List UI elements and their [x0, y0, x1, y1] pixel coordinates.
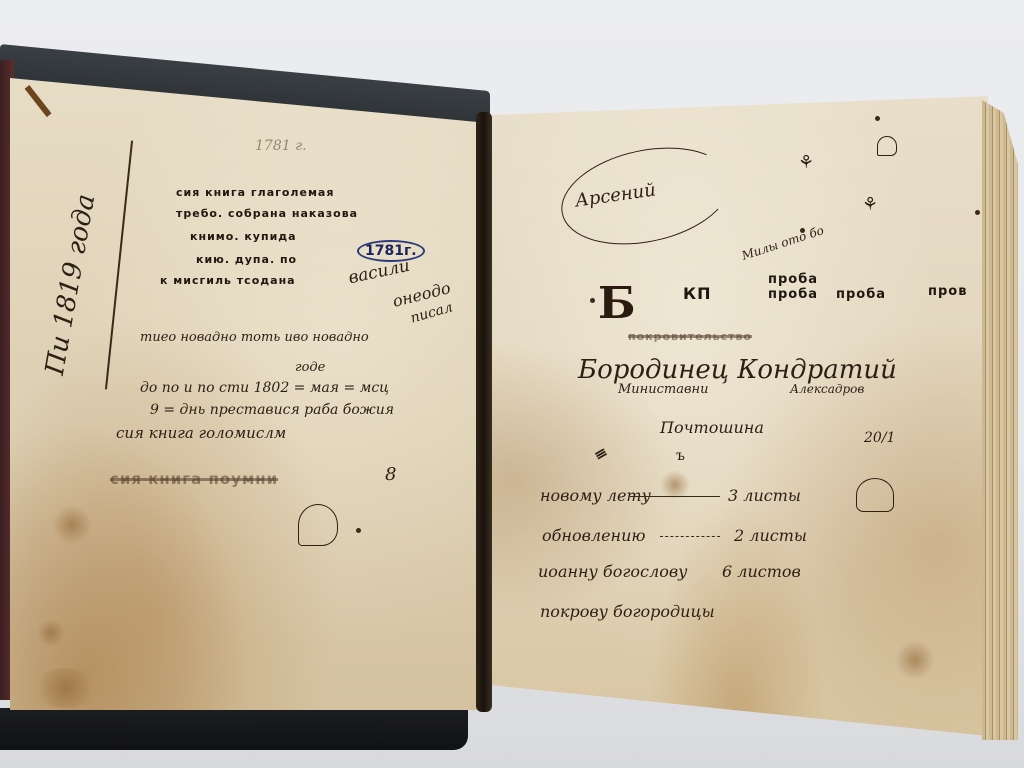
ornament-doodle: [856, 478, 894, 512]
printed-line-5: к мисгиль тсодана: [160, 274, 296, 287]
ink-spot: [975, 210, 980, 215]
corner-number: 20/1: [864, 430, 895, 446]
left-cover-bottom: [0, 708, 468, 750]
leader-line: [660, 536, 720, 538]
list-entry-3-value: 6 листов: [722, 562, 801, 581]
print-trial-1: проба: [768, 272, 818, 287]
head-profile-doodle: [298, 504, 338, 546]
ink-spot: [356, 528, 361, 533]
print-trial-3: проба: [836, 287, 886, 302]
calligraphy-signature: Почтошина: [660, 418, 764, 437]
book-spine: [476, 112, 492, 712]
page-edges: [982, 100, 1018, 740]
ink-spot: [590, 298, 595, 303]
list-entry-3-label: иоанну богослову: [538, 562, 687, 581]
handwritten-line-4: 9 = днь преставися раба божия: [150, 402, 394, 418]
head-profile-doodle: [877, 136, 897, 156]
calligraphy-name: Бородинец Кондратий: [578, 355, 897, 385]
calligraphy-sub-1: Министавни: [618, 382, 708, 397]
date-stamp: 1781г.: [357, 240, 425, 259]
printed-line-2: требо. собрана наказова: [176, 207, 358, 220]
handwritten-line-2: годе: [295, 360, 325, 375]
print-trial-4: пров: [928, 284, 967, 299]
list-entry-4-label: покрову богородицы: [540, 602, 715, 621]
list-entry-2-value: 2 листы: [734, 526, 807, 545]
ornament-glyph: ⚘: [862, 194, 878, 215]
list-entry-2-label: обновлению: [542, 526, 645, 545]
list-entry-1-value: 3 листы: [728, 486, 801, 505]
handwritten-line-3: до по и по сти 1802 = мая = мсц: [140, 380, 389, 396]
faded-strike-line: покровительство: [628, 330, 752, 343]
ink-spot: [875, 116, 880, 121]
faded-print-line: сия книга поумни: [110, 470, 278, 488]
printed-line-3: книмо. купида: [190, 230, 297, 243]
page-number: 8: [385, 464, 396, 485]
print-trial-2: проба: [768, 287, 818, 302]
faded-date-note: 1781 г.: [255, 138, 307, 154]
leader-line: [630, 496, 720, 497]
stain: [36, 620, 66, 646]
initial-letter: Б: [598, 278, 636, 329]
letter-mark: ъ: [676, 448, 685, 464]
stain: [52, 505, 92, 545]
stain: [30, 668, 100, 708]
handwritten-line-5: сия книга голомислм: [116, 424, 286, 442]
ornament-glyph: ⚘: [798, 152, 814, 173]
printed-line-4: кию. дупа. по: [196, 253, 297, 266]
calligraphy-sub-2: Алексадров: [790, 382, 864, 396]
print-trial-kp: КП: [683, 284, 711, 303]
printed-line-1: сия книга глаголемая: [176, 186, 334, 199]
handwritten-line-1: тиео новадно тоть иво новадно: [140, 330, 369, 345]
stain: [895, 640, 935, 680]
